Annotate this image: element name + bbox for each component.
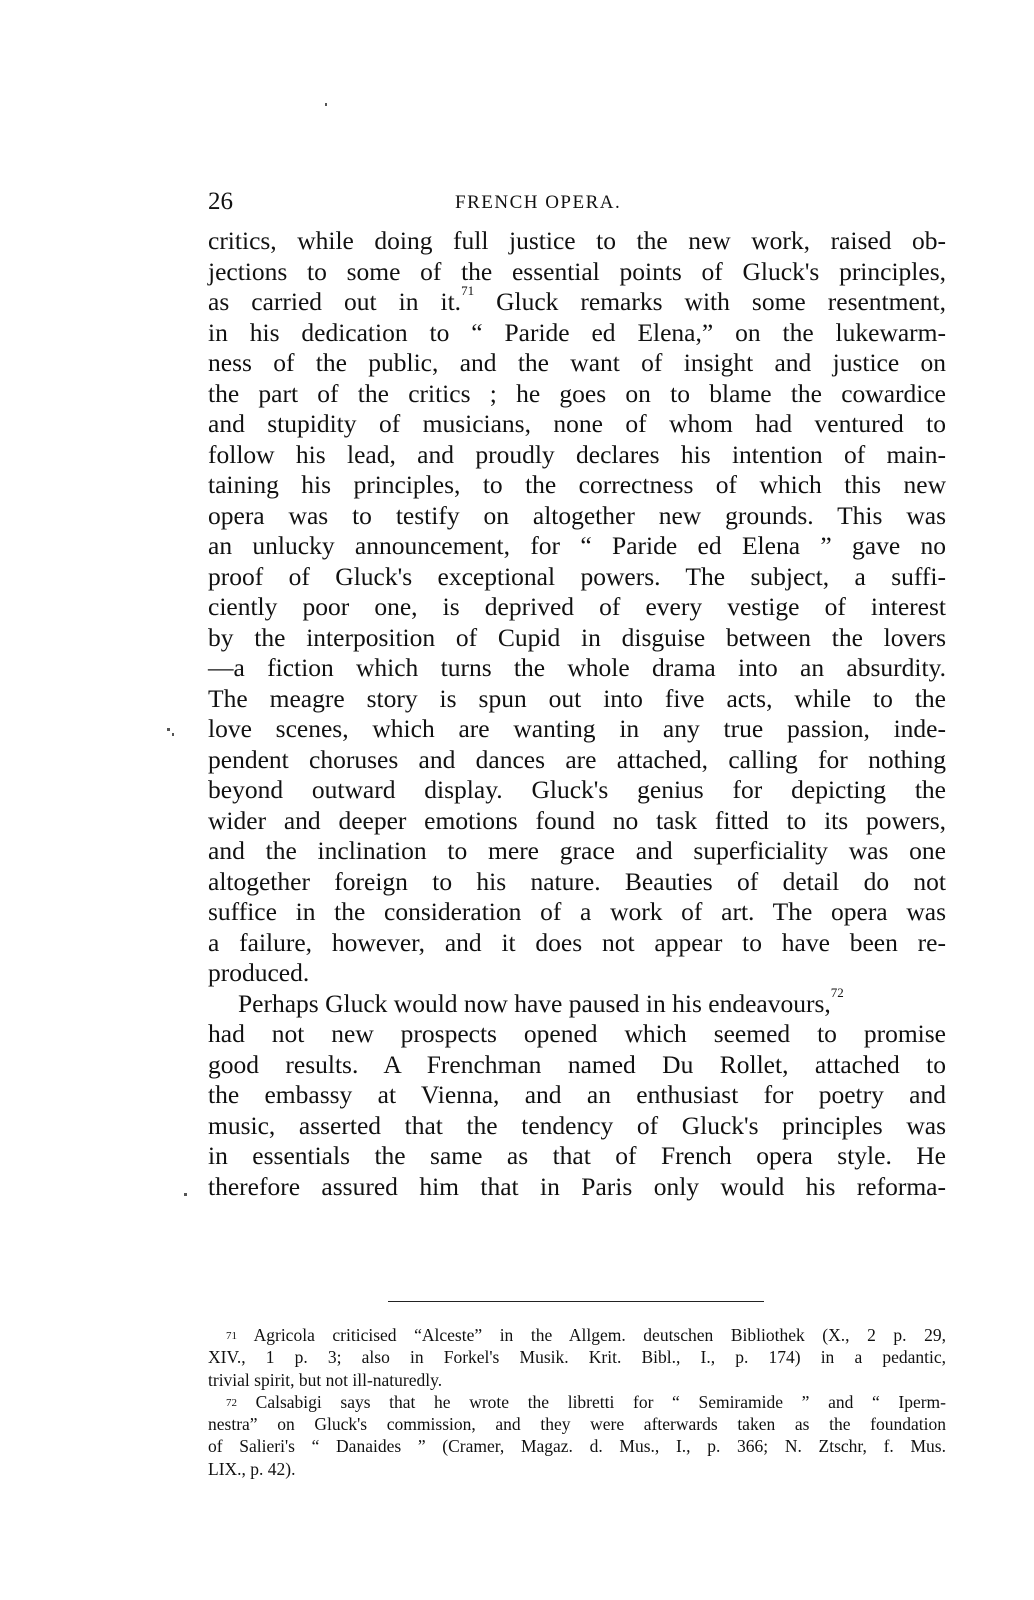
text-line: a failure, however, and it does not appe…	[208, 928, 946, 959]
text-line: altogether foreign to his nature. Beauti…	[208, 867, 946, 898]
text-line: and stupidity of musicians, none of whom…	[208, 409, 946, 440]
footnote-line: of Salieri's “ Danaides ” (Cramer, Magaz…	[208, 1435, 946, 1457]
text-line: produced.	[208, 958, 946, 989]
footnote-text: Calsabigi says that he wrote the librett…	[256, 1392, 946, 1412]
scan-speck	[167, 728, 170, 731]
text-line: suffice in the consideration of a work o…	[208, 897, 946, 928]
footnote-mark: 72	[226, 1397, 237, 1409]
text-line: opera was to testify on altogether new g…	[208, 501, 946, 532]
text-line: beyond outward display. Gluck's genius f…	[208, 775, 946, 806]
text-line: Perhaps Gluck would now have paused in h…	[208, 989, 946, 1020]
text-line: the embassy at Vienna, and an enthusiast…	[208, 1080, 946, 1111]
scan-speck	[172, 733, 174, 736]
text-fragment: Perhaps Gluck would now have paused in h…	[238, 989, 831, 1018]
footnote-text: Agricola criticised “Alceste” in the All…	[254, 1325, 946, 1345]
text-line: critics, while doing full justice to the…	[208, 226, 946, 257]
footnote-line: nestra” on Gluck's commission, and they …	[208, 1413, 946, 1435]
footnotes: 71 Agricola criticised “Alceste” in the …	[208, 1324, 946, 1480]
text-line: therefore assured him that in Paris only…	[208, 1172, 946, 1203]
text-line: as carried out in it.71 Gluck remarks wi…	[208, 287, 946, 318]
text-line: The meagre story is spun out into five a…	[208, 684, 946, 715]
text-line: pendent choruses and dances are attached…	[208, 745, 946, 776]
text-line: taining his principles, to the correctne…	[208, 470, 946, 501]
text-line: proof of Gluck's exceptional powers. The…	[208, 562, 946, 593]
scan-speck	[325, 103, 327, 106]
footnote-line: trivial spirit, but not ill-naturedly.	[208, 1369, 946, 1391]
text-fragment: as carried out in it.	[208, 287, 461, 316]
text-line: love scenes, which are wanting in any tr…	[208, 714, 946, 745]
text-line: —a fiction which turns the whole drama i…	[208, 653, 946, 684]
footnote-71: 71 Agricola criticised “Alceste” in the …	[208, 1324, 946, 1346]
text-line: ciently poor one, is deprived of every v…	[208, 592, 946, 623]
text-line: an unlucky announcement, for “ Paride ed…	[208, 531, 946, 562]
text-line: in essentials the same as that of French…	[208, 1141, 946, 1172]
running-head: FRENCH OPERA.	[455, 192, 621, 214]
text-line: the part of the critics ; he goes on to …	[208, 379, 946, 410]
body-text: critics, while doing full justice to the…	[208, 226, 946, 1202]
text-line: ness of the public, and the want of insi…	[208, 348, 946, 379]
text-line: follow his lead, and proudly declares hi…	[208, 440, 946, 471]
scan-speck	[184, 1193, 187, 1196]
text-fragment: Gluck remarks with some resentment,	[474, 287, 946, 316]
text-line: and the inclination to mere grace and su…	[208, 836, 946, 867]
page-number: 26	[208, 188, 233, 216]
text-line: had not new prospects opened which seeme…	[208, 1019, 946, 1050]
text-line: jections to some of the essential points…	[208, 257, 946, 288]
text-line: wider and deeper emotions found no task …	[208, 806, 946, 837]
footnote-divider	[388, 1301, 764, 1302]
text-line: good results. A Frenchman named Du Rolle…	[208, 1050, 946, 1081]
footnote-line: XIV., 1 p. 3; also in Forkel's Musik. Kr…	[208, 1346, 946, 1368]
footnote-ref-72[interactable]: 72	[831, 985, 844, 1000]
footnote-72: 72 Calsabigi says that he wrote the libr…	[208, 1391, 946, 1413]
text-line: by the interposition of Cupid in disguis…	[208, 623, 946, 654]
footnote-line: LIX., p. 42).	[208, 1458, 946, 1480]
footnote-ref-71[interactable]: 71	[461, 283, 474, 298]
text-line: music, asserted that the tendency of Glu…	[208, 1111, 946, 1142]
footnote-mark: 71	[226, 1330, 237, 1342]
text-line: in his dedication to “ Paride ed Elena,”…	[208, 318, 946, 349]
